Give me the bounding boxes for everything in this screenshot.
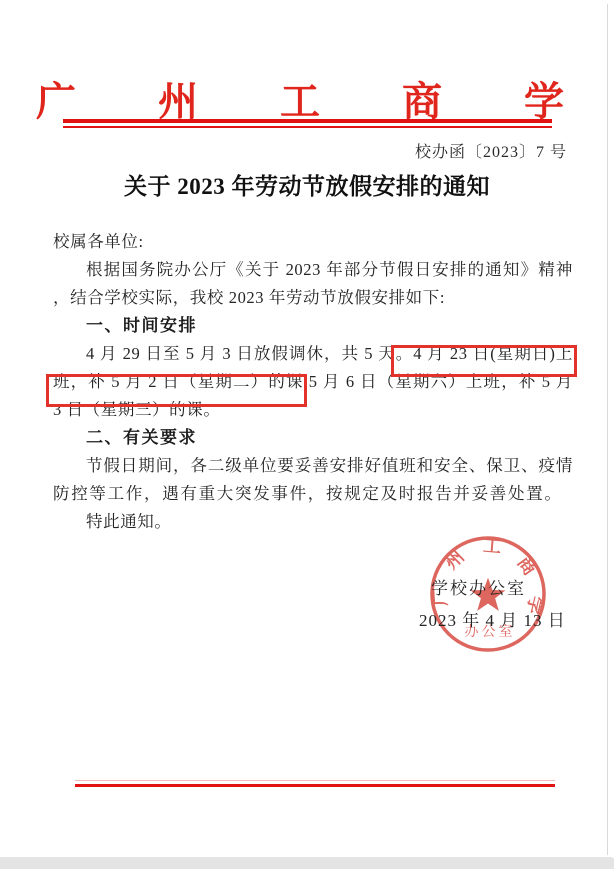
- page-edge-right: [607, 4, 608, 855]
- signature-office: 学校办公室: [431, 574, 526, 599]
- body-line: 防控等工作，遇有重大突发事件，按规定及时报告并妥善处置。: [53, 480, 573, 508]
- body-line: ，结合学校实际，我校 2023 年劳动节放假安排如下:: [53, 284, 573, 312]
- highlight-box-2: [46, 374, 307, 407]
- footer-rule-thin: [75, 780, 555, 781]
- notice-document-page: 广 州 工 商 学 院 校办函〔2023〕7 号 关于 2023 年劳动节放假安…: [0, 0, 614, 869]
- document-number: 校办函〔2023〕7 号: [415, 139, 567, 162]
- closing-line: 特此通知。: [53, 508, 573, 536]
- letterhead-rule-thin: [63, 126, 552, 128]
- section-heading-2: 二、有关要求: [53, 424, 573, 452]
- body-line: 根据国务院办公厅《关于 2023 年部分节假日安排的通知》精神: [53, 256, 573, 284]
- letterhead-rule-thick: [63, 119, 552, 123]
- salutation-line: 校属各单位:: [53, 228, 573, 256]
- signature-date: 2023 年 4 月 13 日: [419, 606, 566, 631]
- body-line: 节假日期间，各二级单位要妥善安排好值班和安全、保卫、疫情: [53, 452, 573, 480]
- page-edge-bottom: [0, 857, 614, 869]
- section-heading-1: 一、时间安排: [53, 312, 573, 340]
- footer-rule-thick: [75, 784, 555, 787]
- document-title: 关于 2023 年劳动节放假安排的通知: [0, 168, 614, 201]
- highlight-box-1: [391, 345, 577, 377]
